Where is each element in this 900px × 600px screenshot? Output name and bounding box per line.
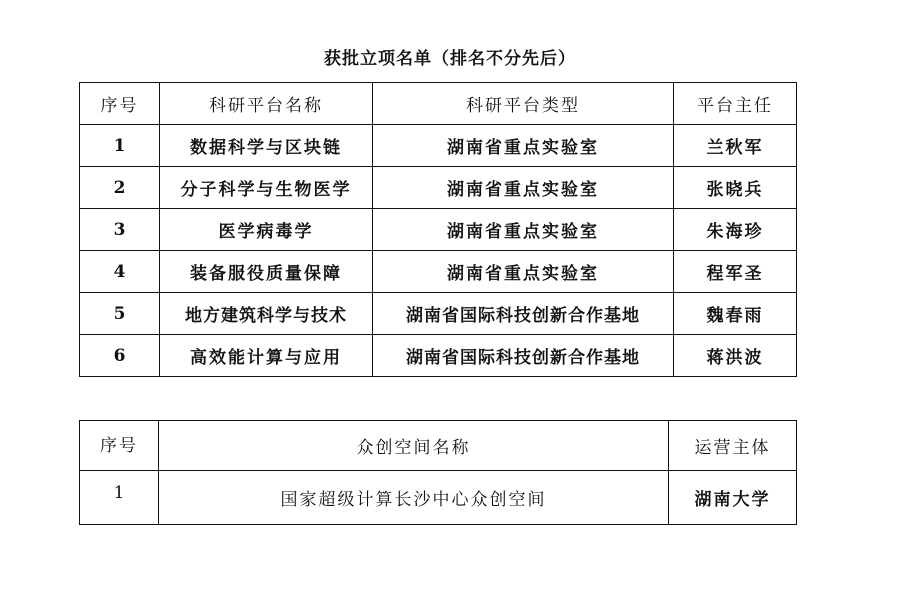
platform-director: 兰秋军: [674, 125, 797, 167]
platform-director: 张晓兵: [674, 167, 797, 209]
table-row: 1 国家超级计算长沙中心众创空间 湖南大学: [80, 471, 797, 525]
platform-type: 湖南省重点实验室: [373, 209, 674, 251]
maker-space-table: 序号 众创空间名称 运营主体 1 国家超级计算长沙中心众创空间 湖南大学: [79, 420, 797, 525]
table-row: 3 医学病毒学 湖南省重点实验室 朱海珍: [80, 209, 797, 251]
platform-director: 朱海珍: [674, 209, 797, 251]
platform-name: 医学病毒学: [160, 209, 373, 251]
platform-director: 蒋洪波: [674, 335, 797, 377]
table-row: 6 高效能计算与应用 湖南省国际科技创新合作基地 蒋洪波: [80, 335, 797, 377]
table-row: 5 地方建筑科学与技术 湖南省国际科技创新合作基地 魏春雨: [80, 293, 797, 335]
space-name: 国家超级计算长沙中心众创空间: [159, 471, 669, 525]
header-index: 序号: [80, 421, 159, 471]
document-title: 获批立项名单（排名不分先后）: [0, 47, 900, 71]
row-index: 5: [80, 293, 160, 335]
row-index: 6: [80, 335, 160, 377]
header-index: 序号: [80, 83, 160, 125]
platform-type: 湖南省国际科技创新合作基地: [373, 293, 674, 335]
platform-director: 魏春雨: [674, 293, 797, 335]
table-header-row: 序号 众创空间名称 运营主体: [80, 421, 797, 471]
platform-type: 湖南省重点实验室: [373, 251, 674, 293]
header-platform-director: 平台主任: [674, 83, 797, 125]
table-header-row: 序号 科研平台名称 科研平台类型 平台主任: [80, 83, 797, 125]
platform-name: 装备服役质量保障: [160, 251, 373, 293]
platform-type: 湖南省国际科技创新合作基地: [373, 335, 674, 377]
platform-name: 地方建筑科学与技术: [160, 293, 373, 335]
platform-type: 湖南省重点实验室: [373, 125, 674, 167]
header-platform-type: 科研平台类型: [373, 83, 674, 125]
header-platform-name: 科研平台名称: [160, 83, 373, 125]
header-space-name: 众创空间名称: [159, 421, 669, 471]
platform-name: 高效能计算与应用: [160, 335, 373, 377]
row-index: 1: [80, 471, 159, 525]
row-index: 2: [80, 167, 160, 209]
platform-type: 湖南省重点实验室: [373, 167, 674, 209]
platform-name: 数据科学与区块链: [160, 125, 373, 167]
platform-name: 分子科学与生物医学: [160, 167, 373, 209]
row-index: 1: [80, 125, 160, 167]
table-row: 2 分子科学与生物医学 湖南省重点实验室 张晓兵: [80, 167, 797, 209]
row-index: 3: [80, 209, 160, 251]
header-operator: 运营主体: [669, 421, 797, 471]
table-row: 4 装备服役质量保障 湖南省重点实验室 程军圣: [80, 251, 797, 293]
table-row: 1 数据科学与区块链 湖南省重点实验室 兰秋军: [80, 125, 797, 167]
research-platform-table: 序号 科研平台名称 科研平台类型 平台主任 1 数据科学与区块链 湖南省重点实验…: [79, 82, 797, 377]
platform-director: 程军圣: [674, 251, 797, 293]
row-index: 4: [80, 251, 160, 293]
space-operator: 湖南大学: [669, 471, 797, 525]
